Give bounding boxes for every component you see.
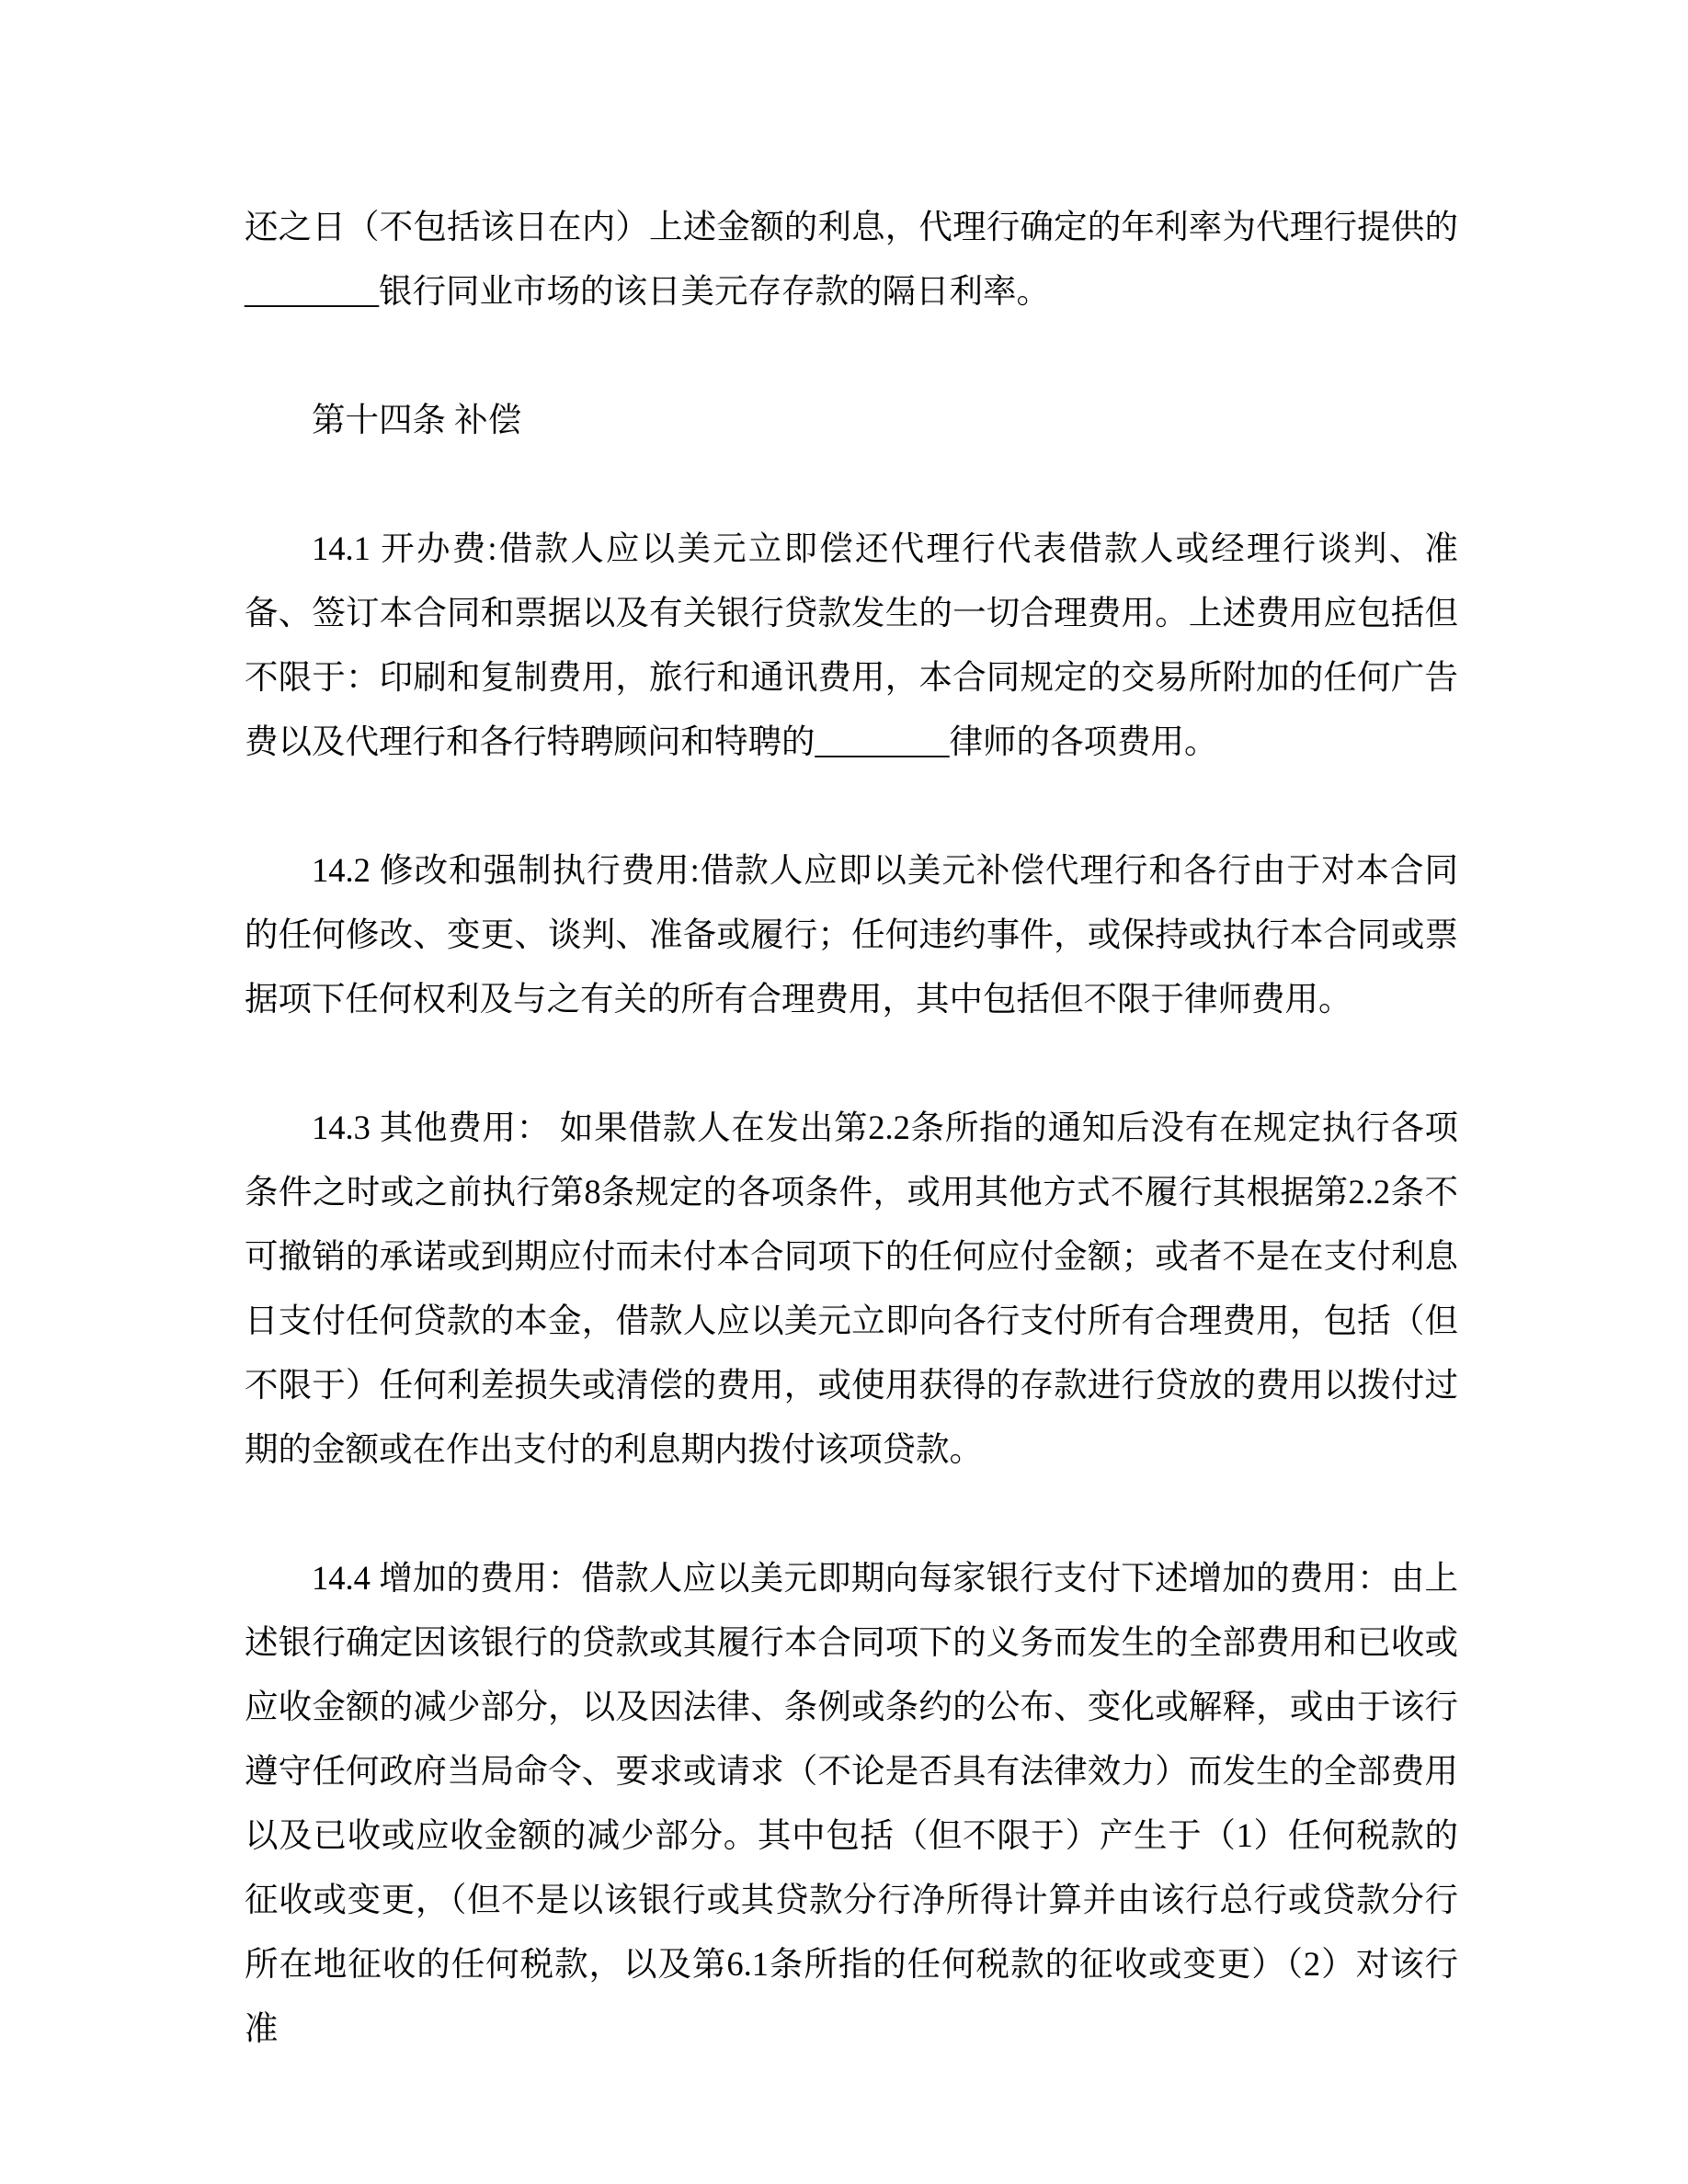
clause-14-2-paragraph: 14.2 修改和强制执行费用:借款人应即以美元补偿代理行和各行由于对本合同的任何… <box>245 838 1458 1031</box>
paragraph-intro-continuation: 还之日（不包括该日在内）上述金额的利息，代理行确定的年利率为代理行提供的____… <box>245 195 1458 324</box>
clause-14-4-paragraph: 14.4 增加的费用：借款人应以美元即期向每家银行支付下述增加的费用：由上述银行… <box>245 1546 1458 2061</box>
contract-document-page: 还之日（不包括该日在内）上述金额的利息，代理行确定的年利率为代理行提供的____… <box>0 0 1688 2184</box>
clause-14-1-paragraph: 14.1 开办费:借款人应以美元立即偿还代理行代表借款人或经理行谈判、准备、签订… <box>245 517 1458 774</box>
section-heading-article-14: 第十四条 补偿 <box>245 388 1458 452</box>
clause-14-3-paragraph: 14.3 其他费用： 如果借款人在发出第2.2条所指的通知后没有在规定执行各项条… <box>245 1096 1458 1482</box>
